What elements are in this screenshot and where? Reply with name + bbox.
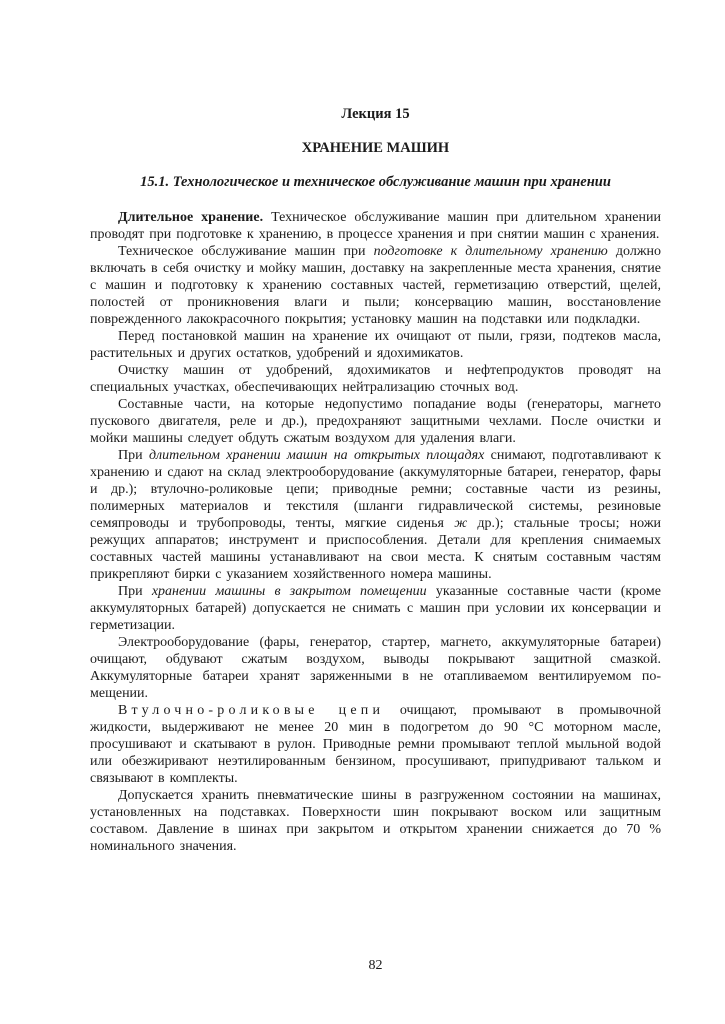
text-run: подготовке к длительному хранению: [374, 244, 608, 259]
text-run: ж: [454, 516, 467, 531]
paragraph: Очистку машин от удобрений, ядохимикатов…: [90, 362, 661, 396]
text-run: длительном хранении машин на открытых пл…: [149, 448, 484, 463]
document-page: Лекция 15 ХРАНЕНИЕ МАШИН 15.1. Технологи…: [0, 0, 725, 1024]
section-heading: 15.1. Технологическое и техническое обсл…: [90, 174, 661, 191]
paragraph: Составные части, на которые недопустимо …: [90, 396, 661, 447]
text-run: Электрооборудование (фары, генератор, ст…: [90, 635, 661, 701]
lecture-label: Лекция 15: [90, 106, 661, 123]
text-run: хранении машины в закрытом помещении: [152, 584, 427, 599]
page-number: 82: [90, 957, 661, 974]
text-run: При: [118, 448, 149, 463]
page-content: Лекция 15 ХРАНЕНИЕ МАШИН 15.1. Технологи…: [90, 106, 661, 855]
text-run: Длительное хранение.: [118, 210, 271, 225]
text-run: Составные части, на которые недопустимо …: [90, 397, 661, 446]
paragraph: Техническое обслуживание машин при подго…: [90, 243, 661, 328]
text-run: Втулочно-роликовые цепи: [118, 703, 384, 718]
paragraph: При длительном хранении машин на открыты…: [90, 447, 661, 583]
paragraph: Длительное хранение. Техническое обслужи…: [90, 209, 661, 243]
paragraph: Допускается хранить пневматические шины …: [90, 787, 661, 855]
paragraphs: Длительное хранение. Техническое обслужи…: [90, 209, 661, 855]
paragraph: Электрооборудование (фары, генератор, ст…: [90, 634, 661, 702]
paragraph: Втулочно-роликовые цепи очищают, промыва…: [90, 702, 661, 787]
paragraph: Перед постановкой машин на хранение их о…: [90, 328, 661, 362]
text-run: Техническое обслуживание машин при: [118, 244, 374, 259]
text-run: При: [118, 584, 152, 599]
page-title: ХРАНЕНИЕ МАШИН: [90, 140, 661, 157]
text-run: Перед постановкой машин на хранение их о…: [90, 329, 661, 361]
paragraph: При хранении машины в закрытом помещении…: [90, 583, 661, 634]
text-run: Очистку машин от удобрений, ядохимикатов…: [90, 363, 661, 395]
text-run: Допускается хранить пневматические шины …: [90, 788, 661, 854]
